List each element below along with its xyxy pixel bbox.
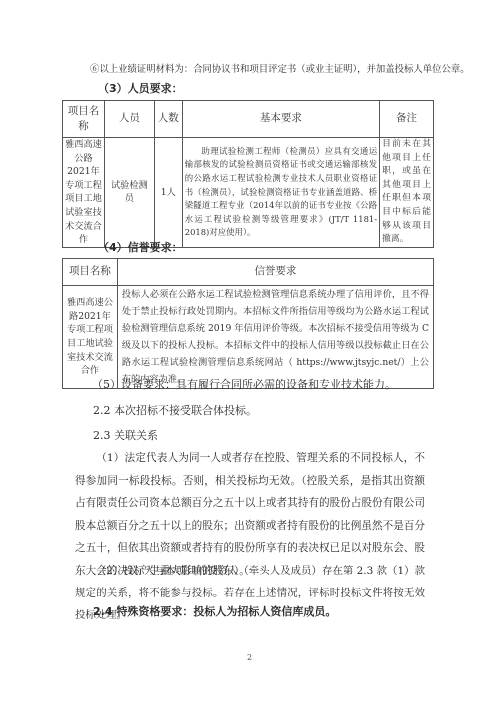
count-cell: 1人: [154, 138, 182, 248]
personnel-table: 项目名称 人员 人数 基本要求 备注 雅西高速公路2021年专项工程项目工地试验…: [62, 100, 434, 248]
section-2-3-title: 2.3 关联关系: [93, 429, 158, 443]
role-cell: 试验检测员: [104, 138, 154, 248]
credit-heading: （4）信誉要求：: [98, 241, 183, 255]
header-remark: 备注: [380, 101, 434, 138]
table-header-row: 项目名称 人员 人数 基本要求 备注: [63, 101, 434, 138]
section-2-2: 2.2 本次招标不接受联合体投标。: [93, 404, 257, 418]
header-project-name: 项目名称: [63, 101, 105, 138]
header-personnel: 人员: [104, 101, 154, 138]
project-name-cell: 雅西高速公路2021年专项工程项目工地试验室技术交流合作: [63, 286, 118, 389]
table-header-row: 项目名称 信誉要求: [63, 259, 434, 286]
remark-cell: 目前未在其他项目上任职，或虽在其他项目上任职但本项目中标后能够从该项目撤离。: [380, 138, 434, 248]
project-name-cell: 雅西高速公路2021年专项工程项目工地试验室技术交流合作: [63, 138, 105, 248]
credit-requirement-cell: 投标人必须在公路水运工程试验检测管理信息系统办理了信用评价，且不得处于禁止投标行…: [117, 286, 433, 389]
table-row: 雅西高速公路2021年专项工程项目工地试验室技术交流合作 试验检测员 1人 助理…: [63, 138, 434, 248]
equipment-requirement: （5）设备要求：具有履行合同所必需的设备和专业技术能力。: [92, 378, 396, 392]
header-credit-requirement: 信誉要求: [117, 259, 433, 286]
table-row: 雅西高速公路2021年专项工程项目工地试验室技术交流合作 投标人必须在公路水运工…: [63, 286, 434, 389]
header-requirement: 基本要求: [182, 101, 379, 138]
personnel-heading: （3）人员要求：: [98, 82, 183, 96]
requirement-cell: 助理试验检测工程师（检测员）应具有交通运输部核发的试验检测员资格证书或交通运输部…: [182, 138, 379, 248]
section-2-4: 2.4 特殊资格要求：投标人为招标人资信库成员。: [93, 605, 336, 619]
header-project-name: 项目名称: [63, 259, 118, 286]
page-number: 2: [247, 653, 252, 662]
credit-table: 项目名称 信誉要求 雅西高速公路2021年专项工程项目工地试验室技术交流合作 投…: [62, 258, 434, 389]
header-count: 人数: [154, 101, 182, 138]
intro-line: ⑥以上业绩证明材料为：合同协议书和项目评定书（或业主证明），并加盖投标人单位公章…: [90, 63, 470, 77]
